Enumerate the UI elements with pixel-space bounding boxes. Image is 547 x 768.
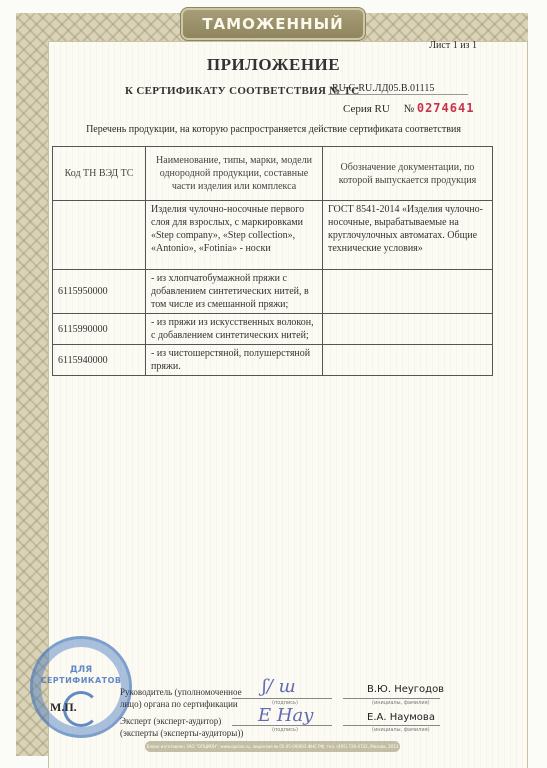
expert-name-line	[343, 725, 440, 726]
cell-name: - из хлопчатобумажной пряжи с добавление…	[146, 270, 323, 314]
head-signature-line	[232, 698, 332, 699]
cell-name: - из чистошерстяной, полушерстяной пряжи…	[146, 345, 323, 376]
expert-signature: E Hay	[258, 705, 313, 726]
table-row: 6115950000 - из хлопчатобумажной пряжи с…	[53, 270, 493, 314]
series-line: Серия RU № 0274641	[343, 101, 474, 115]
table-row: 6115940000 - из чистошерстяной, полушерс…	[53, 345, 493, 376]
certificate-number: RU C-RU.ЛД05.В.01115	[328, 83, 468, 95]
page-title: ПРИЛОЖЕНИЕ	[0, 55, 547, 75]
product-table: Код ТН ВЭД ТС Наименование, типы, марки,…	[52, 146, 493, 376]
certificate-label-text: К СЕРТИФИКАТУ СООТВЕТСТВИЯ № ТС	[125, 85, 360, 97]
cell-code: 6115990000	[53, 314, 146, 345]
printer-imprint: Бланк изготовлен ЗАО "ОПЦИОН", www.opcio…	[145, 741, 400, 752]
head-name: В.Ю. Неугодов	[367, 684, 444, 695]
cell-code: 6115950000	[53, 270, 146, 314]
stamp-line-2: СЕРТИФИКАТОВ	[33, 676, 129, 685]
series-no-label: №	[404, 103, 415, 115]
customs-union-emblem: ТАМОЖЕННЫЙ СОЮЗ	[183, 10, 363, 38]
header-doc: Обозначение документации, по которой вып…	[323, 147, 493, 201]
table-header-row: Код ТН ВЭД ТС Наименование, типы, марки,…	[53, 147, 493, 201]
product-list-intro: Перечень продукции, на которую распростр…	[0, 124, 547, 135]
header-name: Наименование, типы, марки, модели одноро…	[146, 147, 323, 201]
head-label: Руководитель (уполномоченное лицо) орган…	[120, 686, 242, 710]
head-name-caption: (инициалы, фамилия)	[372, 700, 430, 706]
seal-place-label: М.П.	[50, 700, 77, 715]
stamp-line-1: ДЛЯ	[33, 665, 129, 675]
cell-doc	[323, 345, 493, 376]
table-row: 6115990000 - из пряжи из искусственных в…	[53, 314, 493, 345]
certificate-label: К СЕРТИФИКАТУ СООТВЕТСТВИЯ № ТС	[125, 85, 360, 97]
cell-doc: ГОСТ 8541-2014 «Изделия чулочно-носочные…	[323, 201, 493, 270]
head-name-line	[343, 698, 440, 699]
cell-doc	[323, 314, 493, 345]
head-label-line-2: лицо) органа по сертификации	[120, 698, 242, 710]
expert-name: Е.А. Наумова	[367, 712, 435, 723]
cell-doc	[323, 270, 493, 314]
expert-signature-caption: (подпись)	[272, 727, 298, 733]
expert-label-line-1: Эксперт (эксперт-аудитор)	[120, 715, 243, 727]
sheet-number: Лист 1 из 1	[429, 40, 477, 51]
expert-label: Эксперт (эксперт-аудитор) (эксперты (экс…	[120, 715, 243, 739]
cell-code: 6115940000	[53, 345, 146, 376]
head-label-line-1: Руководитель (уполномоченное	[120, 686, 242, 698]
table-row: Изделия чулочно-носочные первого слоя дл…	[53, 201, 493, 270]
series-label: Серия RU	[343, 103, 390, 115]
cell-name: Изделия чулочно-носочные первого слоя дл…	[146, 201, 323, 270]
series-number: 0274641	[417, 101, 475, 115]
head-signature: ʃ/ ш	[262, 676, 296, 697]
certificate-page: ТАМОЖЕННЫЙ СОЮЗ Лист 1 из 1 ПРИЛОЖЕНИЕ К…	[0, 0, 547, 768]
cell-name: - из пряжи из искусственных волокон, с д…	[146, 314, 323, 345]
cell-code	[53, 201, 146, 270]
expert-name-caption: (инициалы, фамилия)	[372, 727, 430, 733]
certification-stamp: ДЛЯ СЕРТИФИКАТОВ	[30, 636, 132, 738]
expert-label-line-2: (эксперты (эксперты-аудиторы))	[120, 727, 243, 739]
header-code: Код ТН ВЭД ТС	[53, 147, 146, 201]
